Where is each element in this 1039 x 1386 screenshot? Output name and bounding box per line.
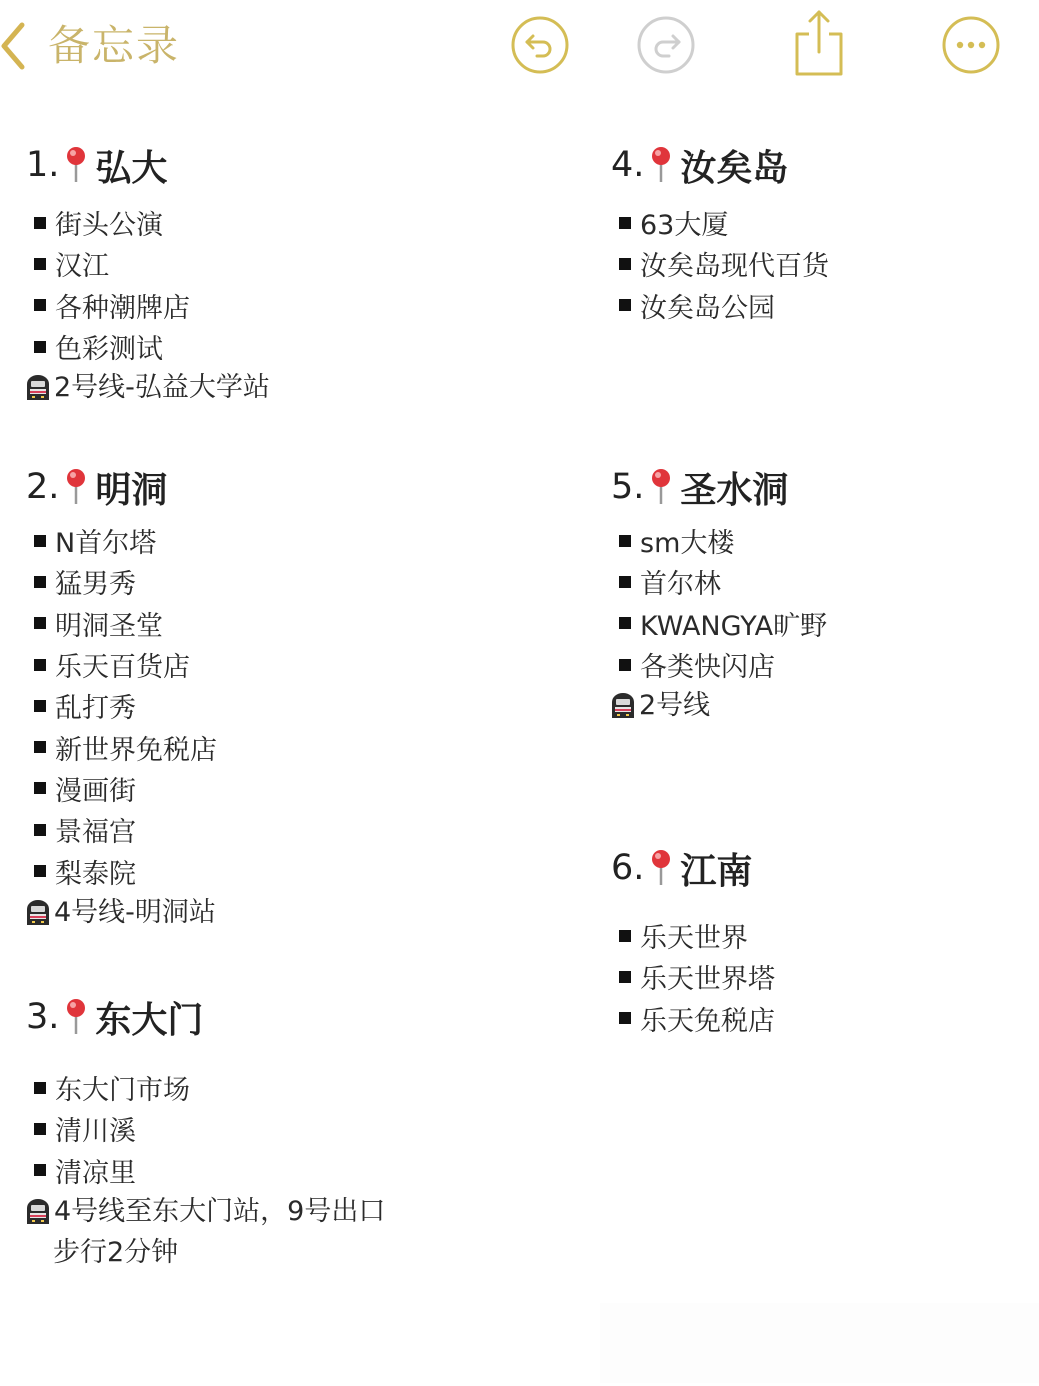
list-item: 东大门市场 bbox=[26, 1067, 385, 1108]
metro-train-icon bbox=[609, 692, 637, 720]
square-bullet-icon bbox=[34, 617, 46, 629]
square-bullet-icon bbox=[34, 1082, 46, 1094]
item-list: N首尔塔 猛男秀 明洞圣堂 乐天百货店 乱打秀 新世界免税店 漫画街 景福宫 梨… bbox=[26, 520, 217, 933]
section-number: 1. bbox=[26, 145, 59, 185]
square-bullet-icon bbox=[34, 741, 46, 753]
pushpin-icon bbox=[648, 468, 674, 506]
section-name: 东大门 bbox=[95, 992, 203, 1043]
undo-icon bbox=[509, 14, 571, 76]
section-title: 4. 汝矣岛 bbox=[611, 140, 829, 190]
square-bullet-icon bbox=[34, 1164, 46, 1176]
section-number: 2. bbox=[26, 467, 59, 507]
list-item: 漫画街 bbox=[26, 768, 217, 809]
section-title: 3. 东大门 bbox=[26, 992, 385, 1042]
square-bullet-icon bbox=[34, 217, 46, 229]
square-bullet-icon bbox=[619, 217, 631, 229]
list-item: 梨泰院 bbox=[26, 850, 217, 891]
square-bullet-icon bbox=[34, 782, 46, 794]
more-icon bbox=[940, 14, 1002, 76]
metro-train-icon bbox=[24, 1198, 52, 1226]
list-item: 新世界免税店 bbox=[26, 726, 217, 767]
item-list: 东大门市场 清川溪 清凉里 4号线至东大门站，9号出口 步行2分钟 bbox=[26, 1067, 385, 1273]
list-item: 清凉里 bbox=[26, 1150, 385, 1191]
list-item: sm大楼 bbox=[611, 520, 827, 561]
section-name: 江南 bbox=[680, 843, 752, 894]
pushpin-icon bbox=[648, 849, 674, 887]
section-myeongdong: 2. 明洞 N首尔塔 猛男秀 明洞圣堂 乐天百货店 乱打秀 新世界免税店 漫画街… bbox=[26, 462, 217, 933]
square-bullet-icon bbox=[34, 576, 46, 588]
section-hongdae: 1. 弘大 街头公演 汉江 各种潮牌店 色彩测试 2号线-弘益大学站 bbox=[26, 140, 270, 408]
section-number: 4. bbox=[611, 145, 644, 185]
square-bullet-icon bbox=[619, 617, 631, 629]
list-item: 色彩测试 bbox=[26, 326, 270, 367]
square-bullet-icon bbox=[619, 930, 631, 942]
list-item: 各类快闪店 bbox=[611, 644, 827, 685]
item-list: 乐天世界 乐天世界塔 乐天免税店 bbox=[611, 915, 775, 1039]
list-item: 乐天百货店 bbox=[26, 644, 217, 685]
list-item: 乐天免税店 bbox=[611, 998, 775, 1039]
list-item: 乱打秀 bbox=[26, 685, 217, 726]
section-name: 明洞 bbox=[95, 462, 167, 513]
square-bullet-icon bbox=[619, 299, 631, 311]
section-gangnam: 6. 江南 乐天世界 乐天世界塔 乐天免税店 bbox=[611, 843, 775, 1039]
list-item: KWANGYA旷野 bbox=[611, 603, 827, 644]
section-title: 2. 明洞 bbox=[26, 462, 217, 512]
metro-train-icon bbox=[24, 374, 52, 402]
metro-train-icon bbox=[24, 899, 52, 927]
subway-info: 2号线 bbox=[611, 685, 827, 726]
section-number: 3. bbox=[26, 997, 59, 1037]
section-number: 5. bbox=[611, 467, 644, 507]
pushpin-icon bbox=[648, 146, 674, 184]
more-button[interactable] bbox=[940, 14, 1002, 76]
list-item: 景福宫 bbox=[26, 809, 217, 850]
redo-icon bbox=[635, 14, 697, 76]
back-button[interactable]: 备忘录 bbox=[0, 18, 180, 74]
square-bullet-icon bbox=[34, 659, 46, 671]
subway-info: 4号线至东大门站，9号出口 bbox=[26, 1191, 385, 1232]
list-item: 汝矣岛公园 bbox=[611, 285, 829, 326]
list-item: 汉江 bbox=[26, 243, 270, 284]
section-name: 圣水洞 bbox=[680, 462, 788, 513]
back-label: 备忘录 bbox=[48, 18, 180, 74]
subway-info: 2号线-弘益大学站 bbox=[26, 367, 270, 408]
square-bullet-icon bbox=[619, 659, 631, 671]
navigation-bar: 备忘录 bbox=[0, 0, 1039, 100]
square-bullet-icon bbox=[619, 1012, 631, 1024]
list-item: 乐天世界塔 bbox=[611, 956, 775, 997]
section-name: 汝矣岛 bbox=[680, 140, 788, 191]
redo-button[interactable] bbox=[635, 14, 697, 76]
square-bullet-icon bbox=[34, 535, 46, 547]
undo-button[interactable] bbox=[509, 14, 571, 76]
list-item: 街头公演 bbox=[26, 202, 270, 243]
list-item: 首尔林 bbox=[611, 561, 827, 602]
square-bullet-icon bbox=[619, 535, 631, 547]
list-item: 乐天世界 bbox=[611, 915, 775, 956]
section-title: 6. 江南 bbox=[611, 843, 775, 893]
list-item: 猛男秀 bbox=[26, 561, 217, 602]
list-item: 63大厦 bbox=[611, 202, 829, 243]
item-list: 63大厦 汝矣岛现代百货 汝矣岛公园 bbox=[611, 202, 829, 326]
list-item: 汝矣岛现代百货 bbox=[611, 243, 829, 284]
list-item: 明洞圣堂 bbox=[26, 603, 217, 644]
section-title: 5. 圣水洞 bbox=[611, 462, 827, 512]
share-icon bbox=[789, 8, 849, 78]
list-item: N首尔塔 bbox=[26, 520, 217, 561]
square-bullet-icon bbox=[619, 971, 631, 983]
item-list: sm大楼 首尔林 KWANGYA旷野 各类快闪店 2号线 bbox=[611, 520, 827, 726]
square-bullet-icon bbox=[34, 258, 46, 270]
chevron-left-icon bbox=[0, 21, 26, 71]
section-yeouido: 4. 汝矣岛 63大厦 汝矣岛现代百货 汝矣岛公园 bbox=[611, 140, 829, 326]
section-name: 弘大 bbox=[95, 140, 167, 191]
section-seongsu: 5. 圣水洞 sm大楼 首尔林 KWANGYA旷野 各类快闪店 2号线 bbox=[611, 462, 827, 726]
square-bullet-icon bbox=[619, 576, 631, 588]
square-bullet-icon bbox=[34, 824, 46, 836]
share-button[interactable] bbox=[789, 8, 849, 78]
pushpin-icon bbox=[63, 468, 89, 506]
square-bullet-icon bbox=[619, 258, 631, 270]
square-bullet-icon bbox=[34, 700, 46, 712]
section-number: 6. bbox=[611, 848, 644, 888]
section-title: 1. 弘大 bbox=[26, 140, 270, 190]
pushpin-icon bbox=[63, 146, 89, 184]
section-dongdaemun: 3. 东大门 东大门市场 清川溪 清凉里 4号线至东大门站，9号出口 步行2分钟 bbox=[26, 992, 385, 1273]
list-item: 清川溪 bbox=[26, 1108, 385, 1149]
subway-info: 4号线-明洞站 bbox=[26, 892, 217, 933]
square-bullet-icon bbox=[34, 865, 46, 877]
item-list: 街头公演 汉江 各种潮牌店 色彩测试 2号线-弘益大学站 bbox=[26, 202, 270, 408]
pushpin-icon bbox=[63, 998, 89, 1036]
subway-info-continued: 步行2分钟 bbox=[26, 1232, 385, 1273]
square-bullet-icon bbox=[34, 341, 46, 353]
background-panel bbox=[600, 1303, 1039, 1383]
square-bullet-icon bbox=[34, 299, 46, 311]
square-bullet-icon bbox=[34, 1123, 46, 1135]
list-item: 各种潮牌店 bbox=[26, 285, 270, 326]
